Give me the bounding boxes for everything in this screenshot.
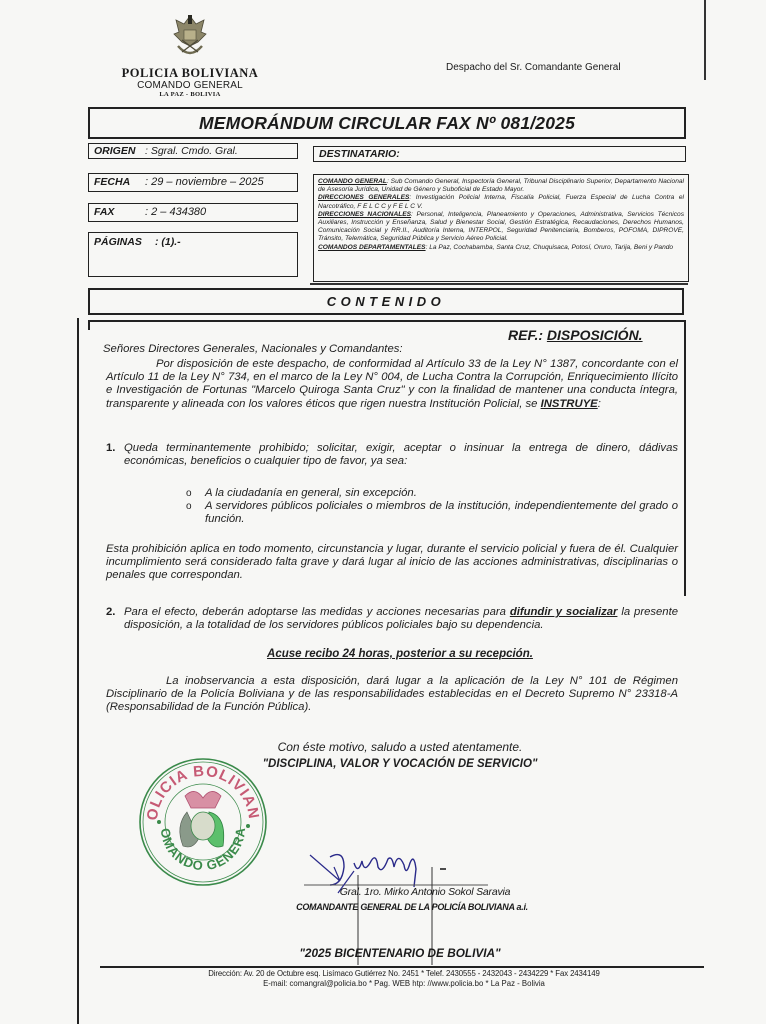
difundir-emphasis: difundir y socializar: [510, 606, 618, 618]
bolivia-coat-of-arms-seal-icon: POLICIA BOLIVIANA COMANDO GENERAL: [137, 756, 269, 888]
org-city: LA PAZ - BOLIVIA: [100, 91, 280, 98]
origin-value: : Sgral. Cmdo. Gral.: [145, 145, 238, 157]
signer-title: COMANDANTE GENERAL DE LA POLICÍA BOLIVIA…: [262, 902, 562, 912]
pages-label: PÁGINAS: [94, 236, 142, 248]
content-box-border: [684, 320, 686, 596]
office-label: Despacho del Sr. Comandante General: [446, 62, 621, 73]
reference-label: REF.:: [508, 327, 543, 343]
divider: [310, 283, 688, 285]
bicentennial-motto: "2025 BICENTENARIO DE BOLIVIA": [100, 946, 700, 960]
instruye-emphasis: INSTRUYE: [541, 398, 598, 410]
page-right-border: [704, 0, 706, 80]
noncompliance-paragraph: La inobservancia a esta disposición, dar…: [106, 675, 678, 715]
svg-text:POLICIA BOLIVIANA: POLICIA BOLIVIANA: [137, 756, 262, 821]
recipient-group: DIRECCIONES GENERALES: Investigación Pol…: [318, 194, 684, 210]
signer-name: Gral. 1ro. Mirko Antonio Sokol Saravia: [300, 886, 550, 898]
bullet-list: A la ciudadanía en general, sin excepció…: [186, 487, 678, 527]
content-header-box: CONTENIDO: [88, 288, 684, 315]
salutation: Señores Directores Generales, Nacionales…: [103, 343, 403, 356]
bullet-item: A servidores públicos policiales o miemb…: [186, 500, 678, 526]
recipient-group: DIRECCIONES NACIONALES: Personal, Inteli…: [318, 211, 684, 244]
date-label: FECHA: [94, 176, 130, 188]
footer-address: Dirección: Av. 20 de Octubre esq. Lisíma…: [100, 969, 708, 978]
intro-paragraph: Por disposición de este despacho, de con…: [106, 358, 678, 411]
fax-value: : 2 – 434380: [145, 206, 206, 218]
recipient-list: COMANDO GENERAL: Sub Comando General, In…: [313, 174, 689, 282]
closing: Con éste motivo, saludo a usted atentame…: [100, 741, 700, 754]
date-value: : 29 – noviembre – 2025: [145, 176, 264, 188]
pages-field: PÁGINAS : (1).-: [88, 232, 298, 277]
recipient-header: DESTINATARIO:: [313, 146, 686, 162]
item-number: 1.: [106, 442, 115, 455]
acknowledgement-note: Acuse recibo 24 horas, posterior a su re…: [100, 648, 700, 661]
prohibition-paragraph: Esta prohibición aplica en todo momento,…: [106, 543, 678, 583]
memo-title: MEMORÁNDUM CIRCULAR FAX Nº 081/2025: [90, 109, 684, 137]
item-text: Para el efecto, deberán adoptarse las me…: [124, 606, 678, 632]
fax-field: FAX : 2 – 434380: [88, 203, 298, 222]
content-box-border: [88, 320, 90, 330]
reference: REF.: DISPOSICIÓN.: [508, 327, 643, 343]
bullet-item: A la ciudadanía en general, sin excepció…: [186, 487, 678, 500]
content-box-border: [88, 320, 684, 322]
item-number: 2.: [106, 606, 115, 619]
police-eagle-emblem-icon: [170, 12, 210, 62]
title-box: MEMORÁNDUM CIRCULAR FAX Nº 081/2025: [88, 107, 686, 139]
pages-value: : (1).-: [155, 236, 181, 248]
item-2: 2. Para el efecto, deberán adoptarse las…: [106, 606, 678, 632]
recipient-group: COMANDOS DEPARTAMENTALES: La Paz, Cochab…: [318, 244, 684, 252]
date-field: FECHA : 29 – noviembre – 2025: [88, 173, 298, 192]
item-1: 1. Queda terminantemente prohibido; soli…: [106, 442, 678, 468]
page-left-border: [77, 318, 79, 1024]
item-text: Queda terminantemente prohibido; solicit…: [124, 442, 678, 468]
fax-label: FAX: [94, 206, 114, 218]
footer-divider: [100, 966, 704, 968]
origin-field: ORIGEN : Sgral. Cmdo. Gral.: [88, 143, 298, 159]
content-heading: CONTENIDO: [90, 290, 682, 313]
reference-value: DISPOSICIÓN.: [547, 327, 643, 343]
org-name: POLICIA BOLIVIANA: [100, 66, 280, 81]
org-unit: COMANDO GENERAL: [100, 80, 280, 91]
origin-label: ORIGEN: [94, 145, 135, 157]
footer-contact: E-mail: comangral@policia.bo * Pag. WEB …: [100, 979, 708, 988]
recipient-group: COMANDO GENERAL: Sub Comando General, In…: [318, 178, 684, 194]
recipient-label: DESTINATARIO:: [319, 148, 400, 160]
